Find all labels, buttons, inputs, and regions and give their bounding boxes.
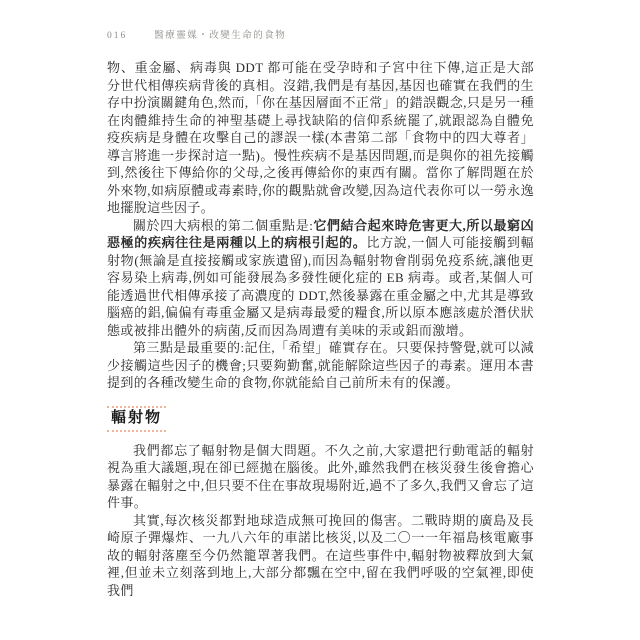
paragraph-second-point-lead: 關於四大病根的第二個重點是: <box>133 218 313 233</box>
paragraph-third-point: 第三點是最重要的:記住,「希望」確實存在。只要保持警覺,就可以減少接觸這些因子的… <box>107 339 534 392</box>
paragraph-nuclear-disasters: 其實,每次核災都對地球造成無可挽回的傷害。二戰時期的廣島及長崎原子彈爆炸、一九八… <box>107 512 534 600</box>
book-page: 016 醫療靈媒・改變生命的食物 物、重金屬、病毒與 DDT 都可能在受孕時和子… <box>0 0 640 640</box>
page-body: 物、重金屬、病毒與 DDT 都可能在受孕時和子宮中往下傳,這正是大部分世代相傳疾… <box>107 59 534 599</box>
paragraph-second-point-rest: 比方說,一個人可能接觸到輻射物(無論是直接接觸或家族遺留),而因為輻射物會削弱免… <box>107 235 534 338</box>
paragraph-second-point: 關於四大病根的第二個重點是:它們結合起來時危害更大,所以最窮凶惡極的疾病往往是兩… <box>107 217 534 340</box>
page-number: 016 <box>107 31 127 41</box>
book-title: 醫療靈媒・改變生命的食物 <box>154 27 286 41</box>
paragraph-radiation-intro: 我們都忘了輻射物是個大問題。不久之前,大家還把行動電話的輻射視為重大議題,現在卻… <box>107 442 534 512</box>
section-heading-wrap: 輻射物 <box>107 392 534 442</box>
running-header: 016 醫療靈媒・改變生命的食物 <box>107 27 286 41</box>
paragraph-genetics-continuation: 物、重金屬、病毒與 DDT 都可能在受孕時和子宮中往下傳,這正是大部分世代相傳疾… <box>107 59 534 217</box>
section-heading-radiation: 輻射物 <box>107 406 166 432</box>
